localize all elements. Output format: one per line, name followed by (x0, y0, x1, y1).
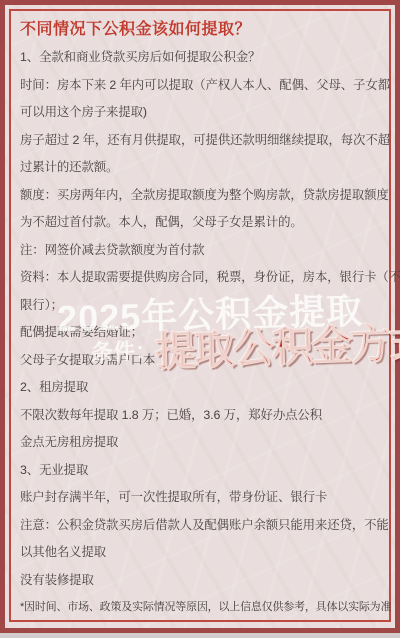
text-line: 时间：房本下来 2 年内可以提取（产权人本人、配偶、父母、子女都 (20, 77, 396, 105)
text-line: 为不超过首付款。本人，配偶，父母子女是累计的。 (20, 214, 396, 242)
text-line: 过累计的还款额。 (20, 159, 396, 187)
text-line: 没有装修提取 (20, 572, 396, 600)
flyer-page: 不同情况下公积金该如何提取？ 1、全款和商业贷款买房后如何提取公积金？时间：房本… (0, 0, 400, 638)
text-line: 房子超过 2 年，还有月供提取，可提供还款明细继续提取，每次不超 (20, 132, 396, 160)
text-line: 2、租房提取 (20, 379, 396, 407)
disclaimer-line: *因时间、市场、政策及实际情况等原因，以上信息仅供参考，具体以实际为准 (20, 599, 396, 627)
text-line: 3、无业提取 (20, 462, 396, 490)
text-line: 可以用这个房子来提取) (20, 104, 396, 132)
text-line: 金点无房租房提取 (20, 434, 396, 462)
watermark-line2-main: 提取公积金方式 (154, 309, 400, 377)
text-line: 注：网签价减去贷款额度为首付款 (20, 242, 396, 270)
watermark-line2-prefix: 条件： (91, 334, 158, 367)
text-line: 注意：公积金贷款买房后借款人及配偶账户余额只能用来还贷，不能 (20, 517, 396, 545)
flyer-card: 不同情况下公积金该如何提取？ 1、全款和商业贷款买房后如何提取公积金？时间：房本… (0, 0, 400, 633)
text-line: 额度：买房两年内，全款房提取额度为整个购房款，贷款房提取额度 (20, 187, 396, 215)
text-line: 1、全款和商业贷款买房后如何提取公积金？ (20, 49, 396, 77)
text-line: 账户封存满半年，可一次性提取所有，带身份证、银行卡 (20, 489, 396, 517)
text-line: 不限次数每年提取 1.8 万；已婚，3.6 万，郑好办点公积 (20, 407, 396, 435)
page-title: 不同情况下公积金该如何提取？ (20, 16, 396, 39)
text-line: 以其他名义提取 (20, 544, 396, 572)
